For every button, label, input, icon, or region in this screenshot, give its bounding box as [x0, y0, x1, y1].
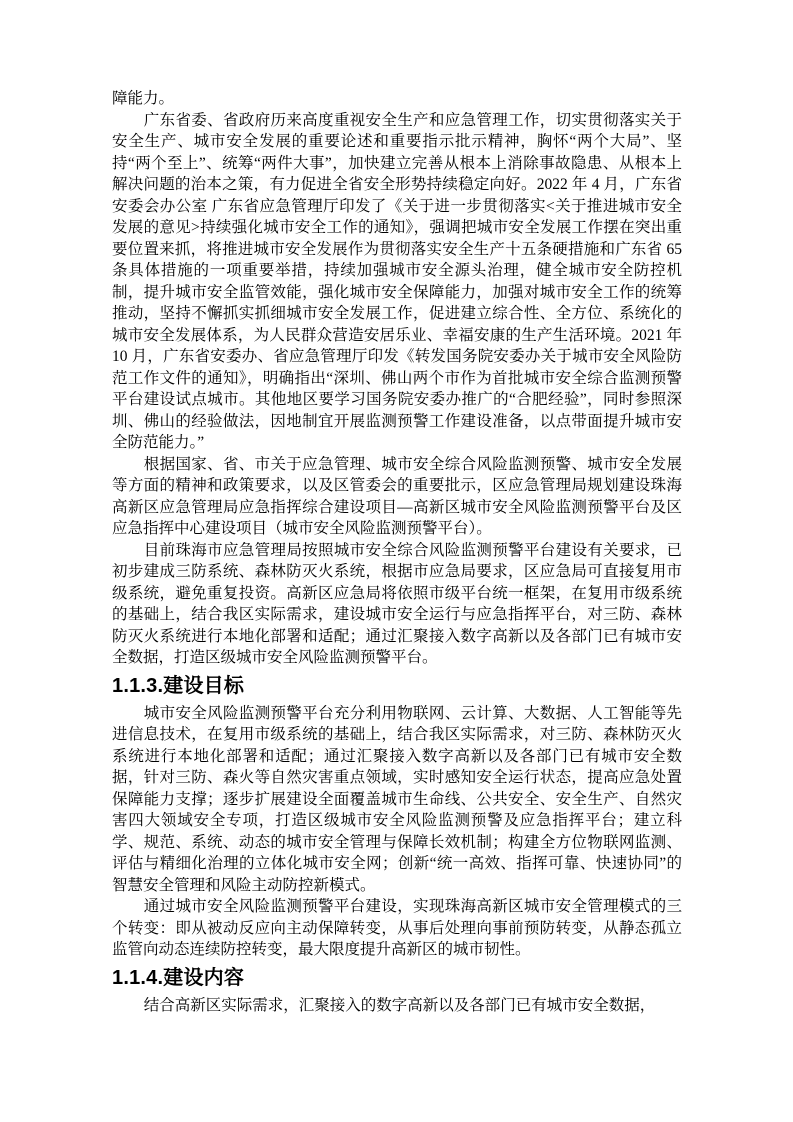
paragraph-guangdong-policy: 广东省委、省政府历来高度重视安全生产和应急管理工作，切实贯彻落实关于安全生产、城…	[112, 110, 682, 454]
paragraph-content-intro: 结合高新区实际需求，汇聚接入的数字高新以及各部门已有城市安全数据，	[112, 995, 682, 1017]
paragraph-three-changes: 通过城市安全风险监测预警平台建设，实现珠海高新区城市安全管理模式的三个转变：即从…	[112, 896, 682, 961]
section-heading-construction-goals: 1.1.3.建设目标	[112, 674, 682, 699]
document-page: 障能力。 广东省委、省政府历来高度重视安全生产和应急管理工作，切实贯彻落实关于安…	[0, 0, 793, 1122]
paragraph-zhuhai-status: 目前珠海市应急管理局按照城市安全综合风险监测预警平台建设有关要求，已初步建成三防…	[112, 540, 682, 669]
paragraph-goals-detail: 城市安全风险监测预警平台充分利用物联网、云计算、大数据、人工智能等先进信息技术，…	[112, 703, 682, 897]
section-heading-construction-content: 1.1.4.建设内容	[112, 966, 682, 991]
page-content: 障能力。 广东省委、省政府历来高度重视安全生产和应急管理工作，切实贯彻落实关于安…	[112, 88, 682, 1016]
paragraph-continuation: 障能力。	[112, 88, 682, 110]
paragraph-project-basis: 根据国家、省、市关于应急管理、城市安全综合风险监测预警、城市安全发展等方面的精神…	[112, 454, 682, 540]
